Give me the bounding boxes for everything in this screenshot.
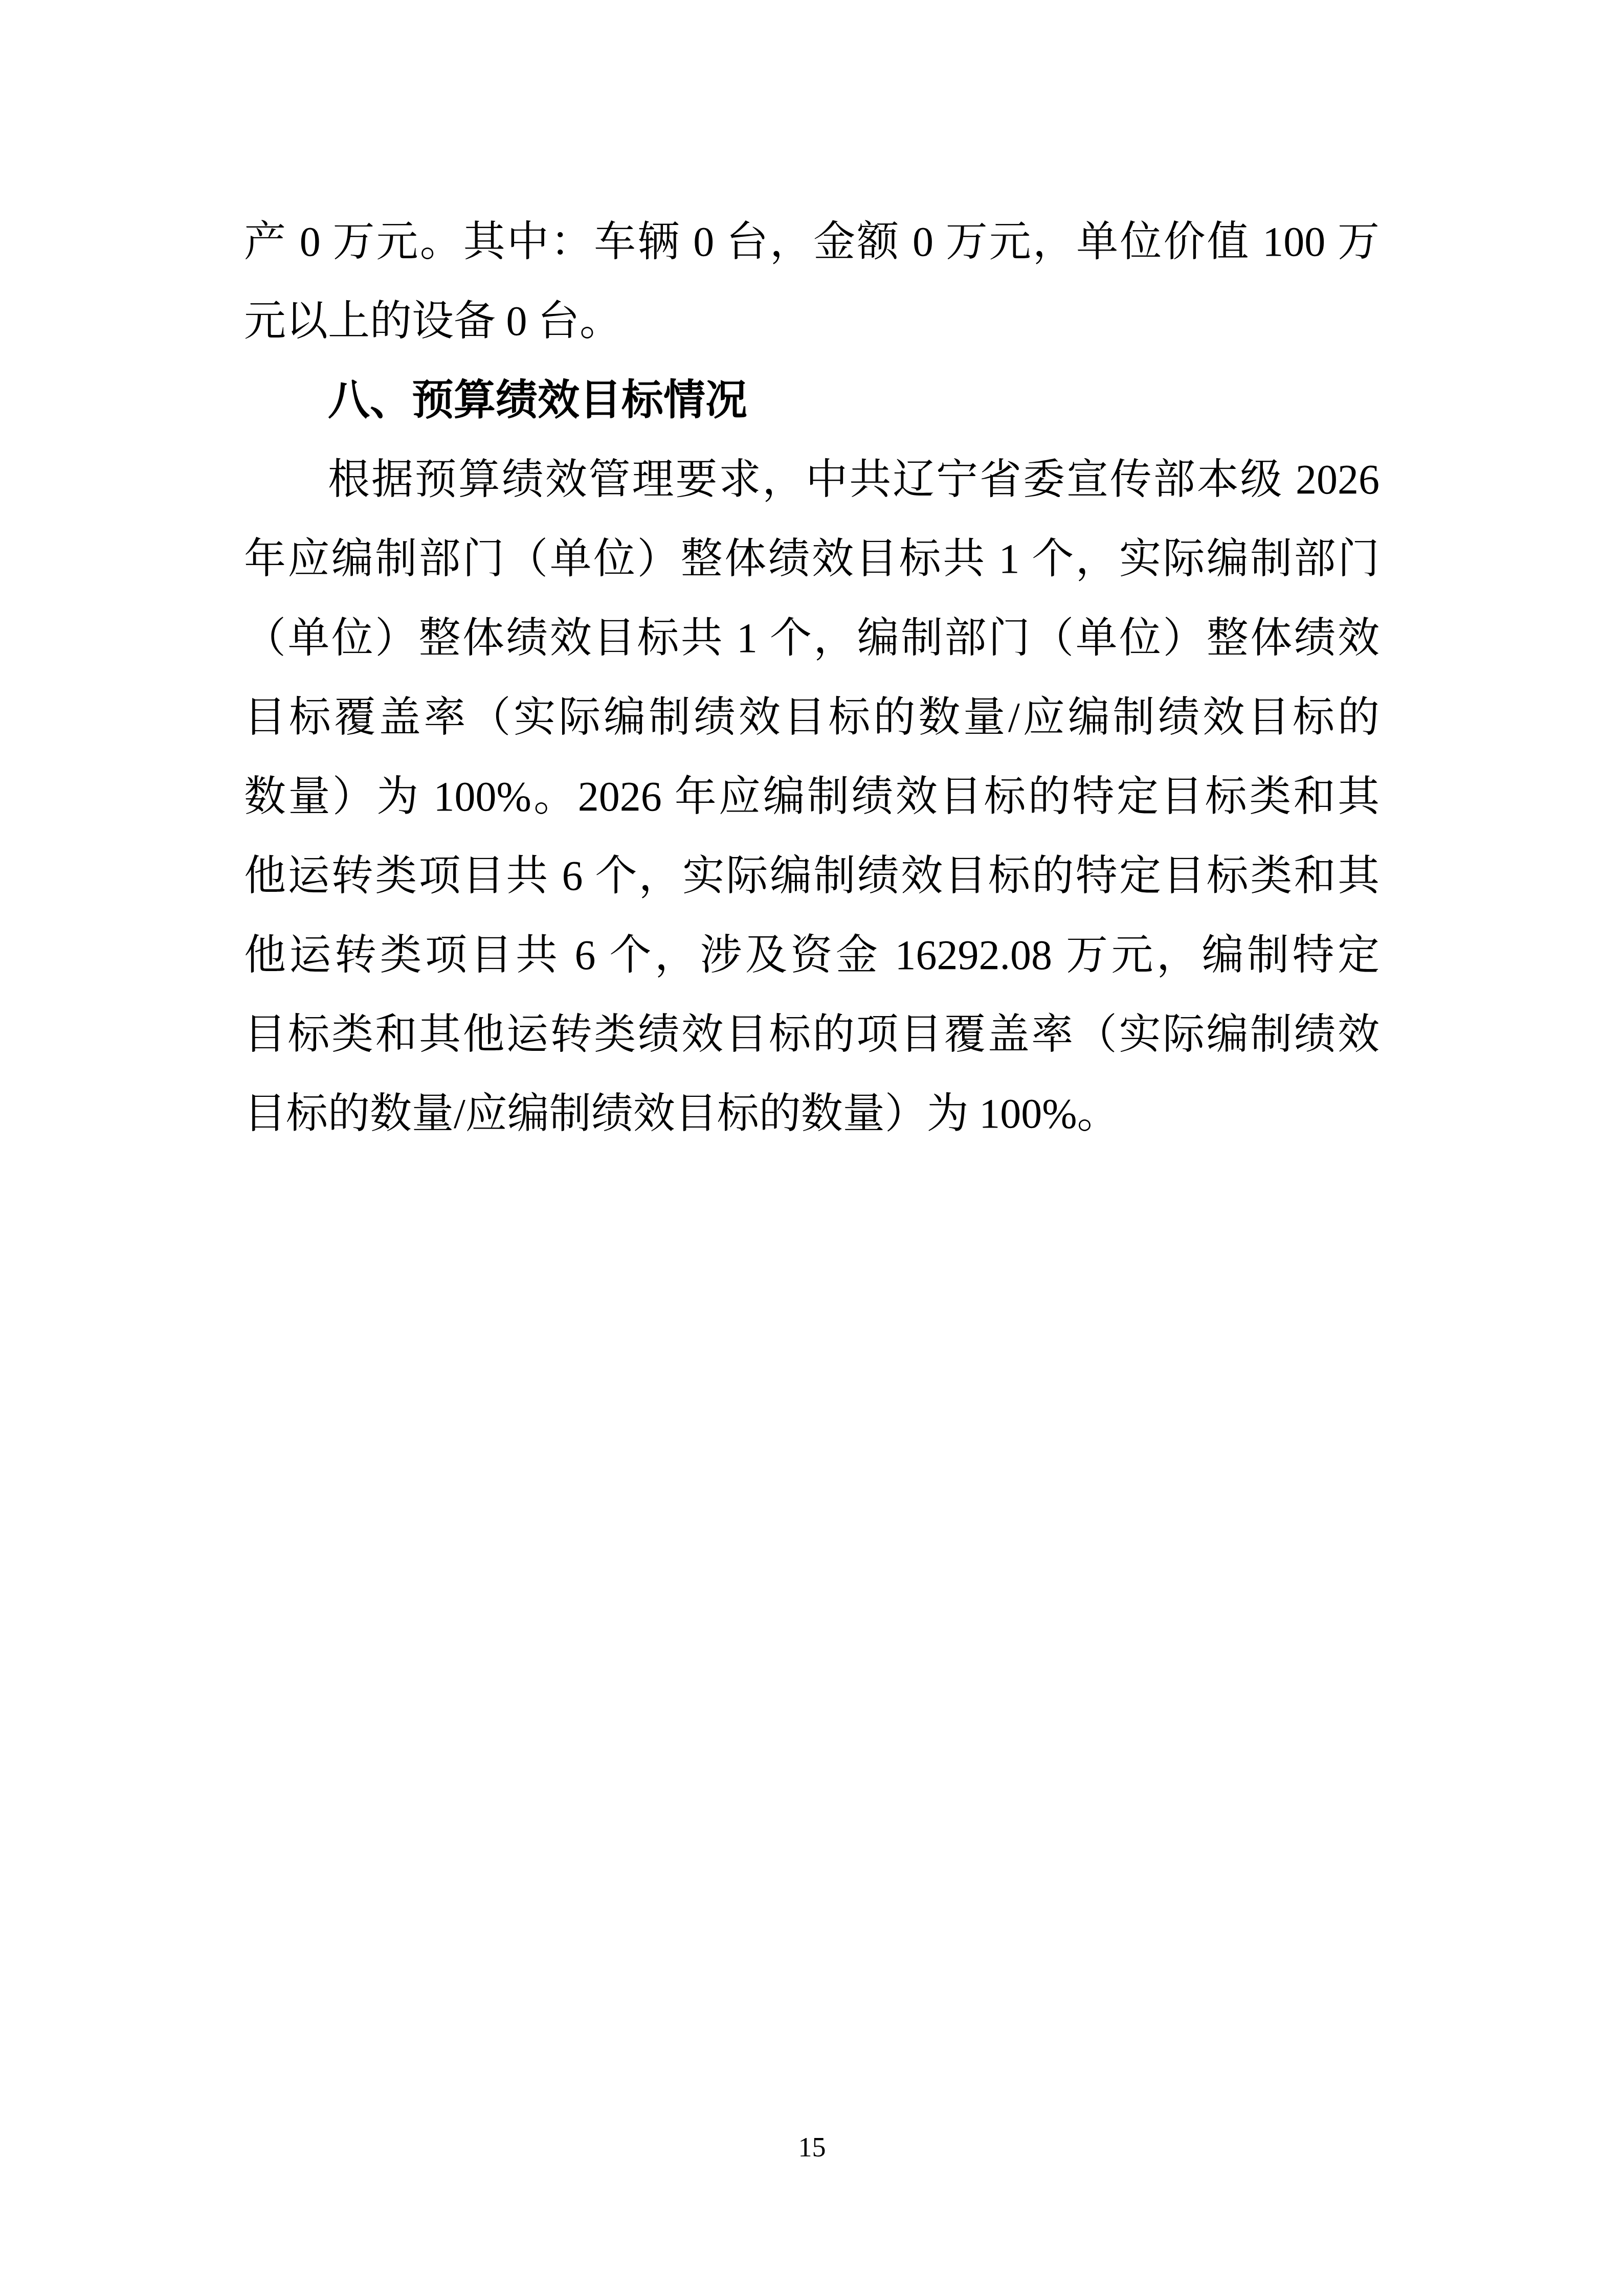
page-number: 15 [0,2131,1624,2163]
document-page: 产 0 万元。其中：车辆 0 台，金额 0 万元，单位价值 100 万 元以上的… [0,0,1624,2296]
para-performance-line-2: 年应编制部门（单位）整体绩效目标共 1 个，实际编制部门 [244,519,1380,598]
para-continuation-line-2: 元以上的设备 0 台。 [244,281,1380,361]
para-performance-line-4: 目标覆盖率（实际编制绩效目标的数量/应编制绩效目标的 [244,678,1380,757]
para-continuation-line-1: 产 0 万元。其中：车辆 0 台，金额 0 万元，单位价值 100 万 [244,202,1380,281]
section-heading: 八、预算绩效目标情况 [244,361,1380,440]
para-performance-line-3: （单位）整体绩效目标共 1 个，编制部门（单位）整体绩效 [244,598,1380,678]
para-performance-line-9: 目标的数量/应编制绩效目标的数量）为 100%。 [244,1074,1380,1153]
page-body: 产 0 万元。其中：车辆 0 台，金额 0 万元，单位价值 100 万 元以上的… [244,202,1380,1153]
para-performance-line-1: 根据预算绩效管理要求，中共辽宁省委宣传部本级 2026 [244,440,1380,519]
para-performance-line-8: 目标类和其他运转类绩效目标的项目覆盖率（实际编制绩效 [244,995,1380,1074]
para-performance-line-5: 数量）为 100%。2026 年应编制绩效目标的特定目标类和其 [244,757,1380,836]
para-performance-line-6: 他运转类项目共 6 个，实际编制绩效目标的特定目标类和其 [244,836,1380,915]
para-performance-line-7: 他运转类项目共 6 个，涉及资金 16292.08 万元，编制特定 [244,915,1380,995]
